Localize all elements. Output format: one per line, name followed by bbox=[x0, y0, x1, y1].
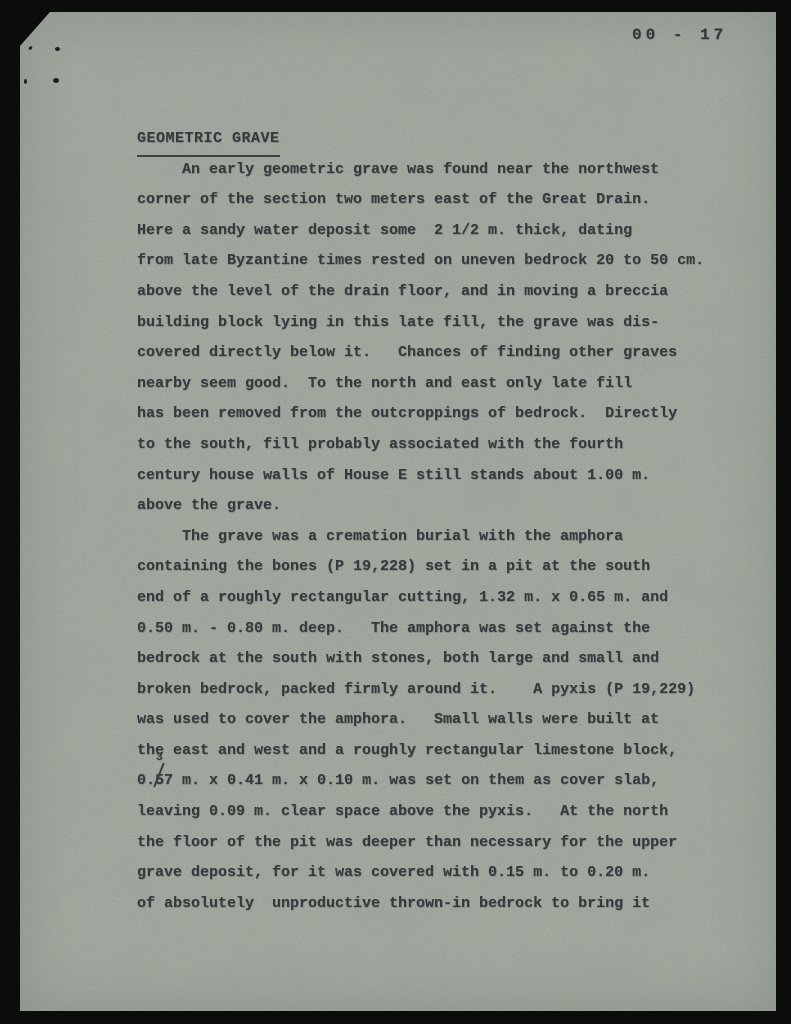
text-line: nearby seem good. To the north and east … bbox=[137, 369, 704, 400]
text-line: the east and west and a roughly rectangu… bbox=[137, 736, 704, 767]
text-line: of absolutely unproductive thrown-in bed… bbox=[137, 889, 704, 920]
strike-slash-icon bbox=[153, 763, 164, 788]
paragraph: An early geometric grave was found near … bbox=[137, 155, 704, 522]
text-line: containing the bones (P 19,228) set in a… bbox=[137, 552, 704, 583]
text-line: has been removed from the outcroppings o… bbox=[137, 399, 704, 430]
text-line: the floor of the pit was deeper than nec… bbox=[137, 828, 704, 859]
text-line: broken bedrock, packed firmly around it.… bbox=[137, 675, 704, 706]
text-line: An early geometric grave was found near … bbox=[137, 155, 704, 186]
text-line: to the south, fill probably associated w… bbox=[137, 430, 704, 461]
text-line: from late Byzantine times rested on unev… bbox=[137, 246, 704, 277]
text-line: grave deposit, for it was covered with 0… bbox=[137, 858, 704, 889]
staple-hole bbox=[53, 78, 59, 83]
paragraph: The grave was a cremation burial with th… bbox=[137, 522, 704, 920]
text-line: 0.50 m. - 0.80 m. deep. The amphora was … bbox=[137, 614, 704, 645]
text-line: century house walls of House E still sta… bbox=[137, 461, 704, 492]
staple-hole bbox=[24, 79, 27, 84]
text-line: corner of the section two meters east of… bbox=[137, 185, 704, 216]
paper-sheet: 00 - 17 GEOMETRIC GRAVE An early geometr… bbox=[20, 12, 776, 1011]
heading-line: GEOMETRIC GRAVE bbox=[137, 124, 704, 155]
text-line: above the level of the drain floor, and … bbox=[137, 277, 704, 308]
staple-hole bbox=[55, 47, 60, 51]
staple-hole bbox=[28, 46, 33, 51]
text-line: leaving 0.09 m. clear space above the py… bbox=[137, 797, 704, 828]
text-line: Here a sandy water deposit some 2 1/2 m.… bbox=[137, 216, 704, 247]
text-line: covered directly below it. Chances of fi… bbox=[137, 338, 704, 369]
paragraphs-container: An early geometric grave was found near … bbox=[137, 155, 704, 920]
text-line: above the grave. bbox=[137, 491, 704, 522]
text-line: bedrock at the south with stones, both l… bbox=[137, 644, 704, 675]
text-line: The grave was a cremation burial with th… bbox=[137, 522, 704, 553]
text-line: end of a roughly rectangular cutting, 1.… bbox=[137, 583, 704, 614]
text-line: building block lying in this late fill, … bbox=[137, 308, 704, 339]
corrected-character: 53 bbox=[155, 766, 164, 797]
page-title: GEOMETRIC GRAVE bbox=[137, 124, 280, 157]
page-number: 00 - 17 bbox=[632, 26, 727, 44]
text-line: 0.537 m. x 0.41 m. x 0.10 m. was set on … bbox=[137, 766, 704, 797]
scanned-document: 00 - 17 GEOMETRIC GRAVE An early geometr… bbox=[0, 0, 791, 1024]
text-line: was used to cover the amphora. Small wal… bbox=[137, 705, 704, 736]
typed-text-body: GEOMETRIC GRAVE An early geometric grave… bbox=[137, 124, 704, 919]
